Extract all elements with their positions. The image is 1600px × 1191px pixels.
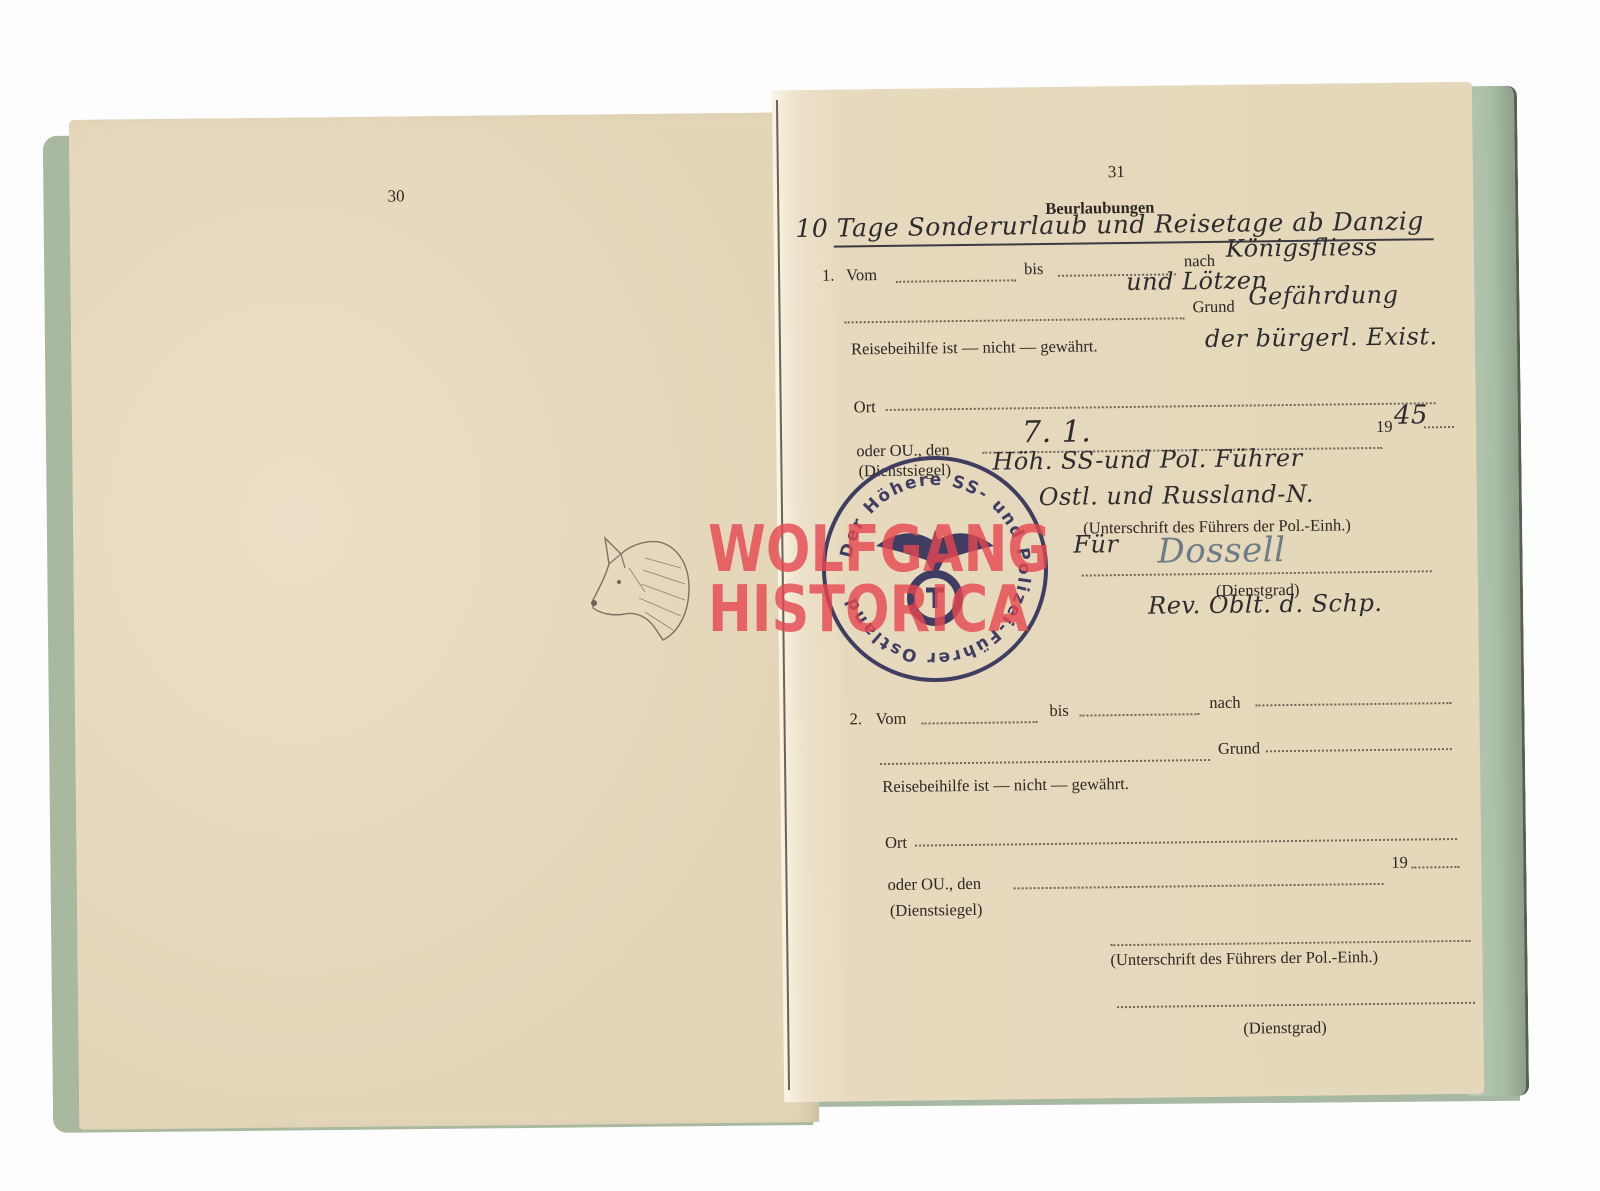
entry1-issuer-line2: Ostl. und Russland-N. [1039,480,1314,511]
entry2-bis-label: bis [1049,701,1069,721]
entry1-grund-value-2: der bürgerl. Exist. [1205,322,1438,353]
entry1-dienstgrad-value: Rev. Oblt. d. Schp. [1148,589,1383,620]
watermark-line2: HISTORICA [708,580,946,640]
entry1-grund-label: Grund [1192,297,1234,318]
entry1-grund-value-1: Gefährdung [1248,281,1398,311]
entry2-vom-field [922,721,1038,724]
left-page: 30 [69,112,820,1130]
page-number-right: 31 [1108,162,1125,182]
entry2-number: 2. [849,709,862,729]
entry1-vom-label: Vom [846,265,877,285]
entry1-issuer-for: Für [1073,530,1118,559]
entry1-year-prefix: 19 [1376,417,1393,437]
entry2-date-field [1014,883,1384,890]
entry2-nach-field [1255,702,1451,706]
entry1-reisebeihilfe: Reisebeihilfe ist — nicht — gewährt. [851,336,1098,359]
entry2-bis-field [1079,713,1199,716]
entry2-year-prefix: 19 [1391,853,1408,873]
entry2-unterschrift-label: (Unterschrift des Führers der Pol.-Einh.… [1110,947,1378,970]
entry1-ort-label: Ort [854,397,876,417]
entry1-grund-field [845,317,1185,323]
entry1-date-value: 7. 1. [1022,414,1092,450]
entry1-bis-label: bis [1024,259,1044,279]
entry2-vom-label: Vom [875,709,906,729]
entry2-dienstsiegel-label: (Dienstsiegel) [890,900,983,921]
entry1-ort-field [886,402,1436,411]
watermark: WOLFGANG HISTORICA [708,520,946,640]
page-number-left: 30 [387,186,404,206]
entry1-dienstgrad-field [1082,570,1432,576]
entry1-signature: Dossell [1157,530,1285,572]
entry2-ort-label: Ort [885,833,907,853]
entry2-ort-field [915,838,1457,847]
entry2-grund-label: Grund [1218,738,1260,759]
entry2-grund-field [1266,748,1452,752]
entry1-nach-value-2: und Lötzen [1126,266,1268,296]
entry1-vom-field [896,279,1016,282]
entry1-year-field [1424,426,1454,428]
entry2-nach-label: nach [1209,693,1240,713]
entry1-number: 1. [822,266,835,286]
entry2-dienstgrad-label: (Dienstgrad) [1243,1018,1327,1039]
wolf-head-icon [585,528,695,643]
watermark-line1: WOLFGANG [708,520,946,580]
entry2-dienstgrad-field [1117,1002,1475,1008]
entry2-reisebeihilfe: Reisebeihilfe ist — nicht — gewährt. [882,774,1129,797]
entry2-year-field [1411,866,1459,869]
entry2-grund-line [880,759,1210,765]
entry2-ou-label: oder OU., den [887,874,981,895]
entry1-nach-value-1: Königsfliess [1226,233,1378,263]
entry2-unterschrift-field [1110,940,1470,946]
entry1-year-value: 45 [1394,400,1428,430]
